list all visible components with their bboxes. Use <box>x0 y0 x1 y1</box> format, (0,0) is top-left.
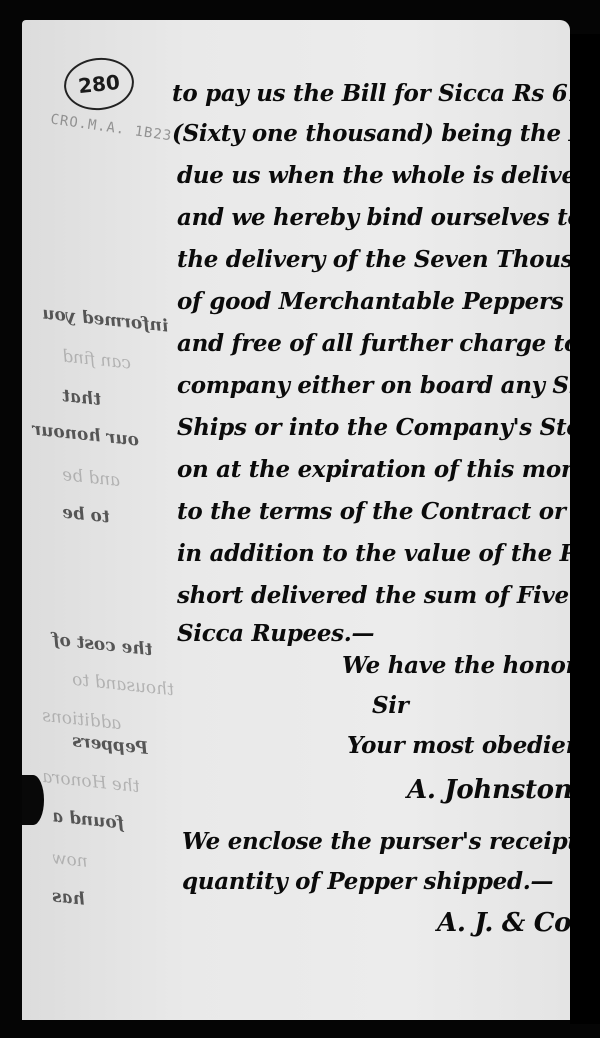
salutation: Sir <box>372 692 409 719</box>
bleed-through-text: our honour <box>31 419 140 450</box>
bleed-through-text: to be <box>61 503 111 528</box>
letter-line: of good Merchantable Peppers bagge <box>177 288 600 315</box>
bleed-through-text: the Honora <box>41 767 140 797</box>
letter-page: 280 CRO.M.A. 1B23 informed you can find … <box>22 20 570 1020</box>
bleed-through-text: and be <box>61 465 121 491</box>
initials-signature: A. J. & Co. <box>437 908 580 938</box>
archive-stamp: CRO.M.A. 1B23 <box>49 112 173 145</box>
letter-line: to pay us the Bill for Sicca Rs 61, <box>172 80 591 107</box>
closing-line: Your most obedient <box>347 732 592 759</box>
letter-line: company either on board any Ship <box>177 372 600 399</box>
page-number-circle: 280 <box>61 54 136 113</box>
bleed-through-text: has <box>51 886 86 909</box>
page-number: 280 <box>77 70 121 98</box>
bleed-through-text: the cost of <box>51 630 153 660</box>
letter-line: in addition to the value of the Pe <box>177 540 590 567</box>
bleed-through-text: thousand to <box>71 670 175 701</box>
bleed-through-text: that <box>61 386 102 410</box>
bleed-through-text: Peppers <box>71 731 149 759</box>
letter-line: and we hereby bind ourselves to com <box>177 204 600 231</box>
bleed-through-text: can find <box>61 346 132 373</box>
ink-blot <box>22 775 44 825</box>
closing-line: We have the honor to <box>342 652 600 679</box>
bleed-through-text: now <box>51 848 89 872</box>
letter-line: the delivery of the Seven Thousand <box>177 246 600 273</box>
postscript-line: We enclose the purser's receipt for <box>182 828 600 855</box>
scan-edge-shadow <box>570 34 600 1024</box>
letter-line: to the terms of the Contract or to fo <box>177 498 600 525</box>
bleed-through-text: additions <box>41 706 122 734</box>
letter-line: Ships or into the Company's Stores <box>177 414 600 441</box>
signature: A. Johnston <box>407 775 572 805</box>
letter-line: on at the expiration of this month a <box>177 456 600 483</box>
postscript-line: quantity of Pepper shipped.— <box>182 868 553 895</box>
bleed-through-text: informed you <box>41 303 169 336</box>
letter-line: due us when the whole is delivere <box>177 162 600 189</box>
letter-line: short delivered the sum of Fiver <box>177 582 581 609</box>
letter-line: (Sixty one thousand) being the Bala <box>172 120 600 147</box>
bleed-through-text: found a <box>51 806 125 833</box>
letter-line: and free of all further charge to t <box>177 330 597 357</box>
letter-line: Sicca Rupees.— <box>177 620 374 647</box>
